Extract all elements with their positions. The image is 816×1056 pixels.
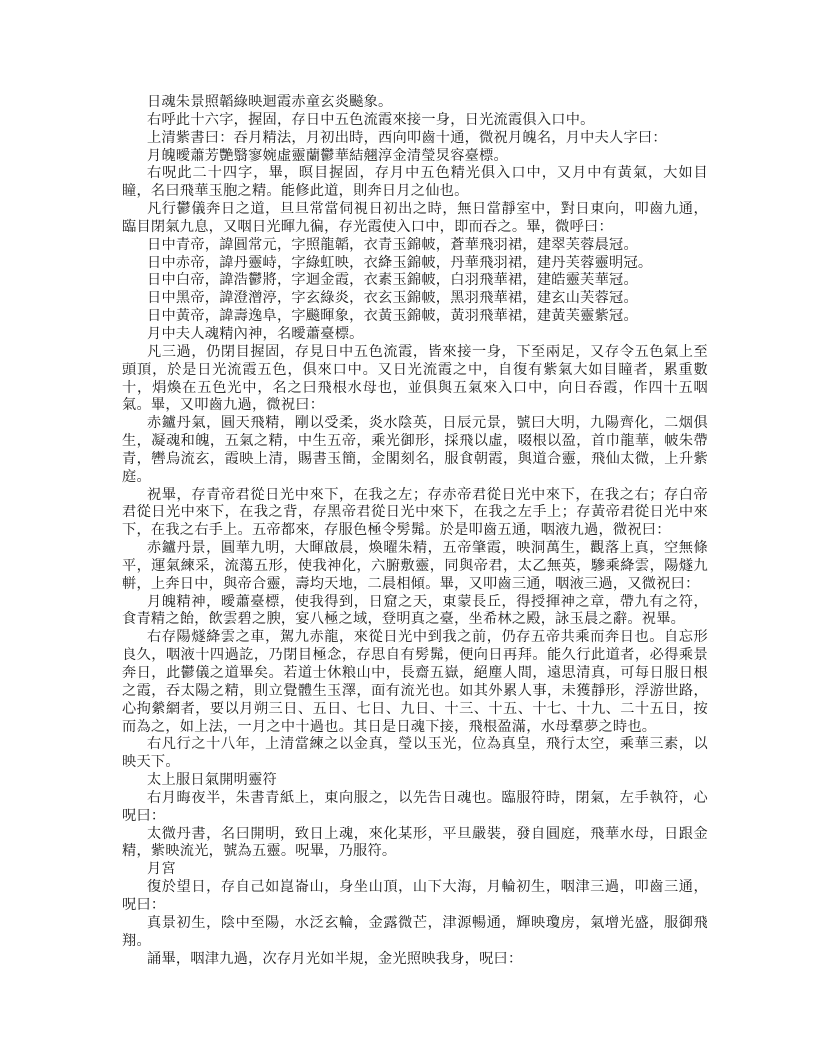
- paragraph-black-emperor: 日中黑帝，諱澄潧渟，字玄綠炎，衣玄玉錦帔，黑羽飛華裙，建玄山芙蓉冠。: [122, 290, 708, 308]
- paragraph-invocation-sun-soul: 日魂朱景照韜綠映迴霞赤童玄炎飈象。: [122, 94, 708, 112]
- paragraph: 右存陽燧絳雲之車，駕九赤龍，來從日光中到我之前，仍存五帝共乘而奔日也。自忘形良久…: [122, 629, 708, 736]
- paragraph-incantation: 月魄精神，曖蕭臺標，使我得到，日窟之天，東蒙長丘，得授揮神之章，帶九有之符，食青…: [122, 594, 708, 630]
- section-heading-moon-palace: 月宮: [122, 861, 708, 879]
- paragraph-incantation: 太微丹書，名曰開明，致日上魂，來化某形，平旦嚴裝，發自圓庭，飛華水母，日跟金精，…: [122, 826, 708, 862]
- paragraph: 上清紫書曰：吞月精法，月初出時，西向叩齒十通，微祝月魄名，月中夫人字曰：: [122, 130, 708, 148]
- paragraph: 右呼此十六字，握固，存日中五色流霞來接一身，日光流霞俱入口中。: [122, 112, 708, 130]
- paragraph-red-emperor: 日中赤帝，諱丹靈峙，字綠虹映，衣絳玉錦帔，丹華飛羽裙，建丹芙蓉靈明冠。: [122, 255, 708, 273]
- paragraph: 右呪此二十四字，畢，暝目握固，存月中五色精光俱入口中，又月中有黃氣，大如目瞳，名…: [122, 165, 708, 201]
- document-page: 日魂朱景照韜綠映迴霞赤童玄炎飈象。 右呼此十六字，握固，存日中五色流霞來接一身，…: [122, 94, 708, 968]
- paragraph-incantation: 赤鑪丹景，圓華九明，大暉啟晨，煥曜朱精，五帝肇霞，映洞萬生，觀落上真，空無條平，…: [122, 540, 708, 594]
- section-heading-talisman: 太上服日氣開明靈符: [122, 772, 708, 790]
- paragraph: 右凡行之十八年，上清當練之以金真，瑩以玉光，位為真皇，飛行太空，乘華三素，以映天…: [122, 736, 708, 772]
- paragraph-white-emperor: 日中白帝，諱浩鬱將，字迴金霞，衣素玉錦帔，白羽飛華裙，建皓靈芙華冠。: [122, 272, 708, 290]
- paragraph: 誦畢，咽津九過，次存月光如半規，金光照映我身，呪曰：: [122, 951, 708, 969]
- paragraph-invocation-moon-soul: 月魄曖蕭芳艷翳寥婉虛靈蘭鬱華結翹淳金清瑩炅容臺標。: [122, 148, 708, 166]
- paragraph: 復於望日，存自己如崑崙山，身坐山頂，山下大海，月輪初生，咽津三過，叩齒三通，呪曰…: [122, 879, 708, 915]
- paragraph-incantation: 真景初生，陰中至陽，水泛玄輪，金露微芒，津源暢通，輝映瓊房，氣增光盛，服御飛翔。: [122, 915, 708, 951]
- paragraph-incantation: 赤鑪丹氣，圓天飛精，剛以受柔，炎水陰英，日辰元景，號曰大明，九陽齊化，二烟俱生，…: [122, 415, 708, 486]
- paragraph-yellow-emperor: 日中黃帝，諱壽逸阜，字飈暉象，衣黃玉錦帔，黃羽飛華裙，建黃芙靈紫冠。: [122, 308, 708, 326]
- paragraph: 右月晦夜半，朱書青紙上，東向服之，以先告日魂也。臨服符時，閉氣，左手執符，心呪曰…: [122, 790, 708, 826]
- paragraph: 月中夫人魂精內神，名曖蕭臺標。: [122, 326, 708, 344]
- paragraph: 凡三過，仍閉目握固，存見日中五色流霞，皆來接一身，下至兩足，又存令五色氣上至頭頂…: [122, 344, 708, 415]
- paragraph: 凡行鬱儀奔日之道，旦旦常當伺視日初出之時，無日當靜室中，對日東向，叩齒九通，臨目…: [122, 201, 708, 237]
- paragraph-green-emperor: 日中青帝，諱圓常元，字照龍韜，衣青玉錦帔，蒼華飛羽裙，建翠芙蓉晨冠。: [122, 237, 708, 255]
- paragraph: 祝畢，存青帝君從日光中來下，在我之左；存赤帝君從日光中來下，在我之右；存白帝君從…: [122, 487, 708, 541]
